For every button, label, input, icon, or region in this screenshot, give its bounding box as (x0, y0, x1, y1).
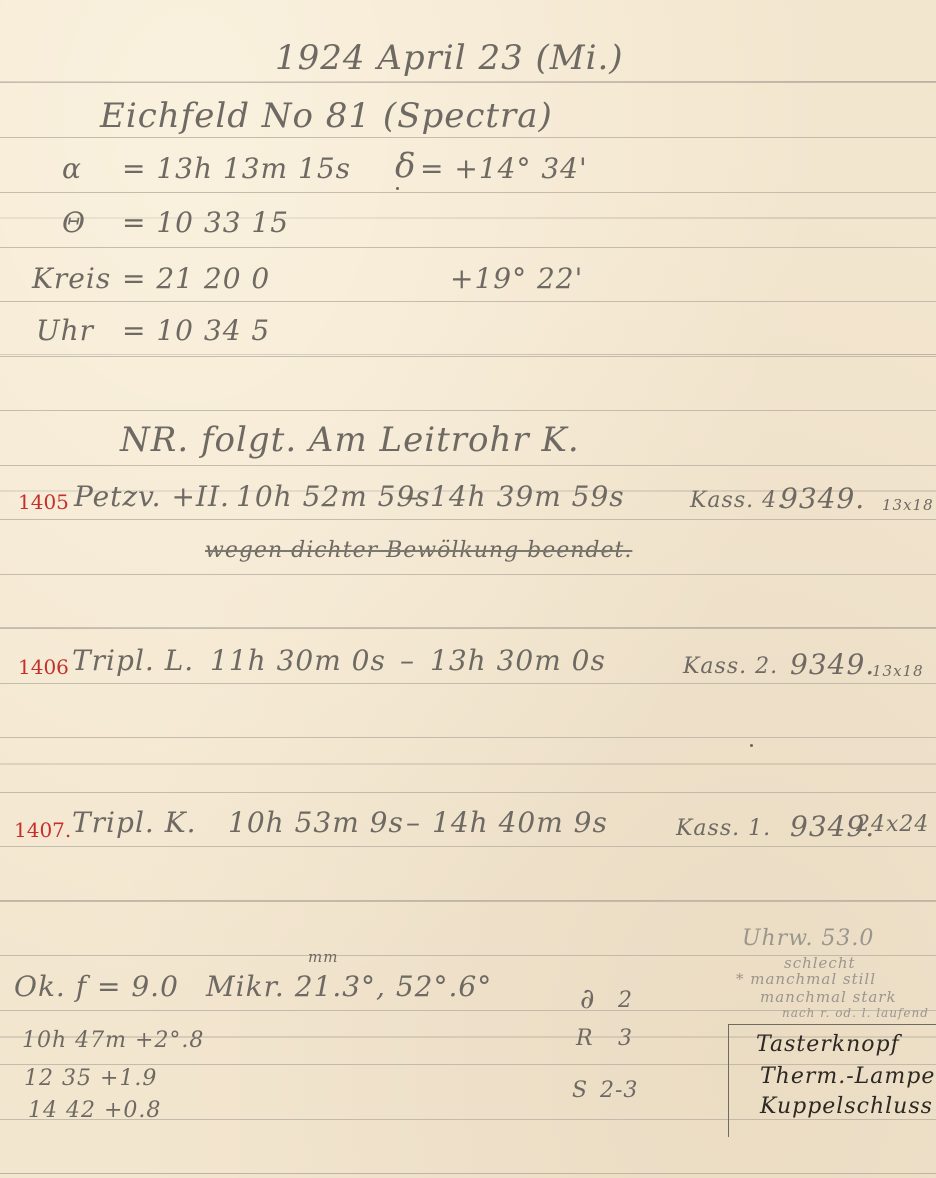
theta-label: Θ (62, 206, 86, 239)
ruled-line (0, 410, 936, 411)
exposure-remark: wegen dichter Bewölkung beendet. (205, 538, 632, 563)
plate-type: 9349. (790, 648, 875, 681)
ruled-line (0, 356, 936, 357)
exposure-dash: – (406, 806, 421, 839)
alpha-value: = 13h 13m 15s (122, 152, 351, 185)
kreis-label: Kreis (32, 262, 111, 295)
plate-number: 1407. (14, 818, 71, 842)
condition-value: 2 (618, 988, 633, 1013)
ruled-line (0, 901, 936, 902)
ruled-line (0, 137, 936, 138)
clock-note-line: manchmal stark (760, 988, 897, 1006)
camera: Kass. 4. (690, 488, 785, 513)
logbook-page: 1924 April 23 (Mi.) Eichfeld No 81 (Spec… (0, 0, 936, 1178)
ruled-line (0, 628, 936, 629)
exposure-start: 10h 52m 59s (236, 480, 431, 513)
camera: Kass. 2. (683, 654, 778, 679)
temperature-reading: 10h 47m +2°.8 (22, 1028, 204, 1053)
plate-size: 13x18 (882, 496, 934, 514)
theta-value: = 10 33 15 (122, 206, 289, 239)
checklist-item: Therm.-Lampe (760, 1064, 935, 1089)
temperature-reading: 14 42 +0.8 (28, 1098, 161, 1123)
exposure-end: 13h 30m 0s (430, 644, 606, 677)
exposure-dash: – (405, 480, 420, 513)
checklist-item: Kuppelschluss (760, 1094, 933, 1119)
plate-number: 1406 (18, 655, 69, 679)
instrument: Petzv. +II. (74, 480, 230, 513)
kreis-extra: +19° 22' (450, 262, 583, 295)
pencil-dot (396, 187, 399, 190)
instrument: Tripl. K. (72, 806, 197, 839)
alpha-label: α (62, 152, 82, 185)
micrometer: Mikr. 21.3°, 52°.6° (206, 970, 492, 1003)
entry-date: 1924 April 23 (Mi.) (275, 38, 624, 78)
instrument: Tripl. L. (72, 644, 194, 677)
kreis-value: = 21 20 0 (122, 262, 270, 295)
okular-focus: Ok. f = 9.0 (14, 970, 179, 1003)
delta-label: δ (395, 146, 416, 186)
condition-value: 3 (618, 1026, 633, 1051)
clock-note-line: nach r. od. l. laufend (782, 1006, 929, 1020)
ruled-line (0, 465, 936, 466)
clock-note-line: * manchmal still (736, 970, 876, 988)
ruled-line (0, 301, 936, 302)
plate-size: 24x24 (856, 812, 929, 837)
object-title: Eichfeld No 81 (Spectra) (100, 96, 553, 136)
ruled-line (0, 846, 936, 847)
uhr-label: Uhr (36, 314, 94, 347)
plate-number: 1405 (18, 490, 69, 514)
ruled-line (0, 519, 936, 520)
guiding-note: NR. folgt. Am Leitrohr K. (120, 420, 580, 460)
camera: Kass. 1. (676, 816, 771, 841)
exposure-start: 11h 30m 0s (210, 644, 386, 677)
clock-rate: Uhrw. 53.0 (742, 926, 874, 951)
ruled-line (0, 192, 936, 193)
mikr-unit: mm (308, 948, 338, 966)
ruled-line (0, 574, 936, 575)
plate-size: 13x18 (872, 662, 924, 680)
ruled-line (0, 737, 936, 738)
ruled-line (0, 683, 936, 684)
exposure-end: 14h 39m 59s (430, 480, 625, 513)
condition-symbol: R (576, 1026, 594, 1051)
temperature-reading: 12 35 +1.9 (24, 1066, 157, 1091)
plate-type: 9349. (780, 482, 865, 515)
condition-symbol: S (572, 1078, 588, 1103)
exposure-start: 10h 53m 9s (228, 806, 404, 839)
ruled-line (0, 247, 936, 248)
delta-value: = +14° 34' (420, 152, 588, 185)
ruled-line (0, 82, 936, 83)
pencil-dot (750, 744, 753, 747)
condition-symbol: ∂ (580, 982, 595, 1015)
condition-value: 2-3 (600, 1078, 638, 1103)
exposure-end: 14h 40m 9s (432, 806, 608, 839)
ruled-line (0, 792, 936, 793)
uhr-value: = 10 34 5 (122, 314, 270, 347)
exposure-dash: – (400, 644, 415, 677)
checklist-item: Tasterknopf (756, 1032, 900, 1057)
